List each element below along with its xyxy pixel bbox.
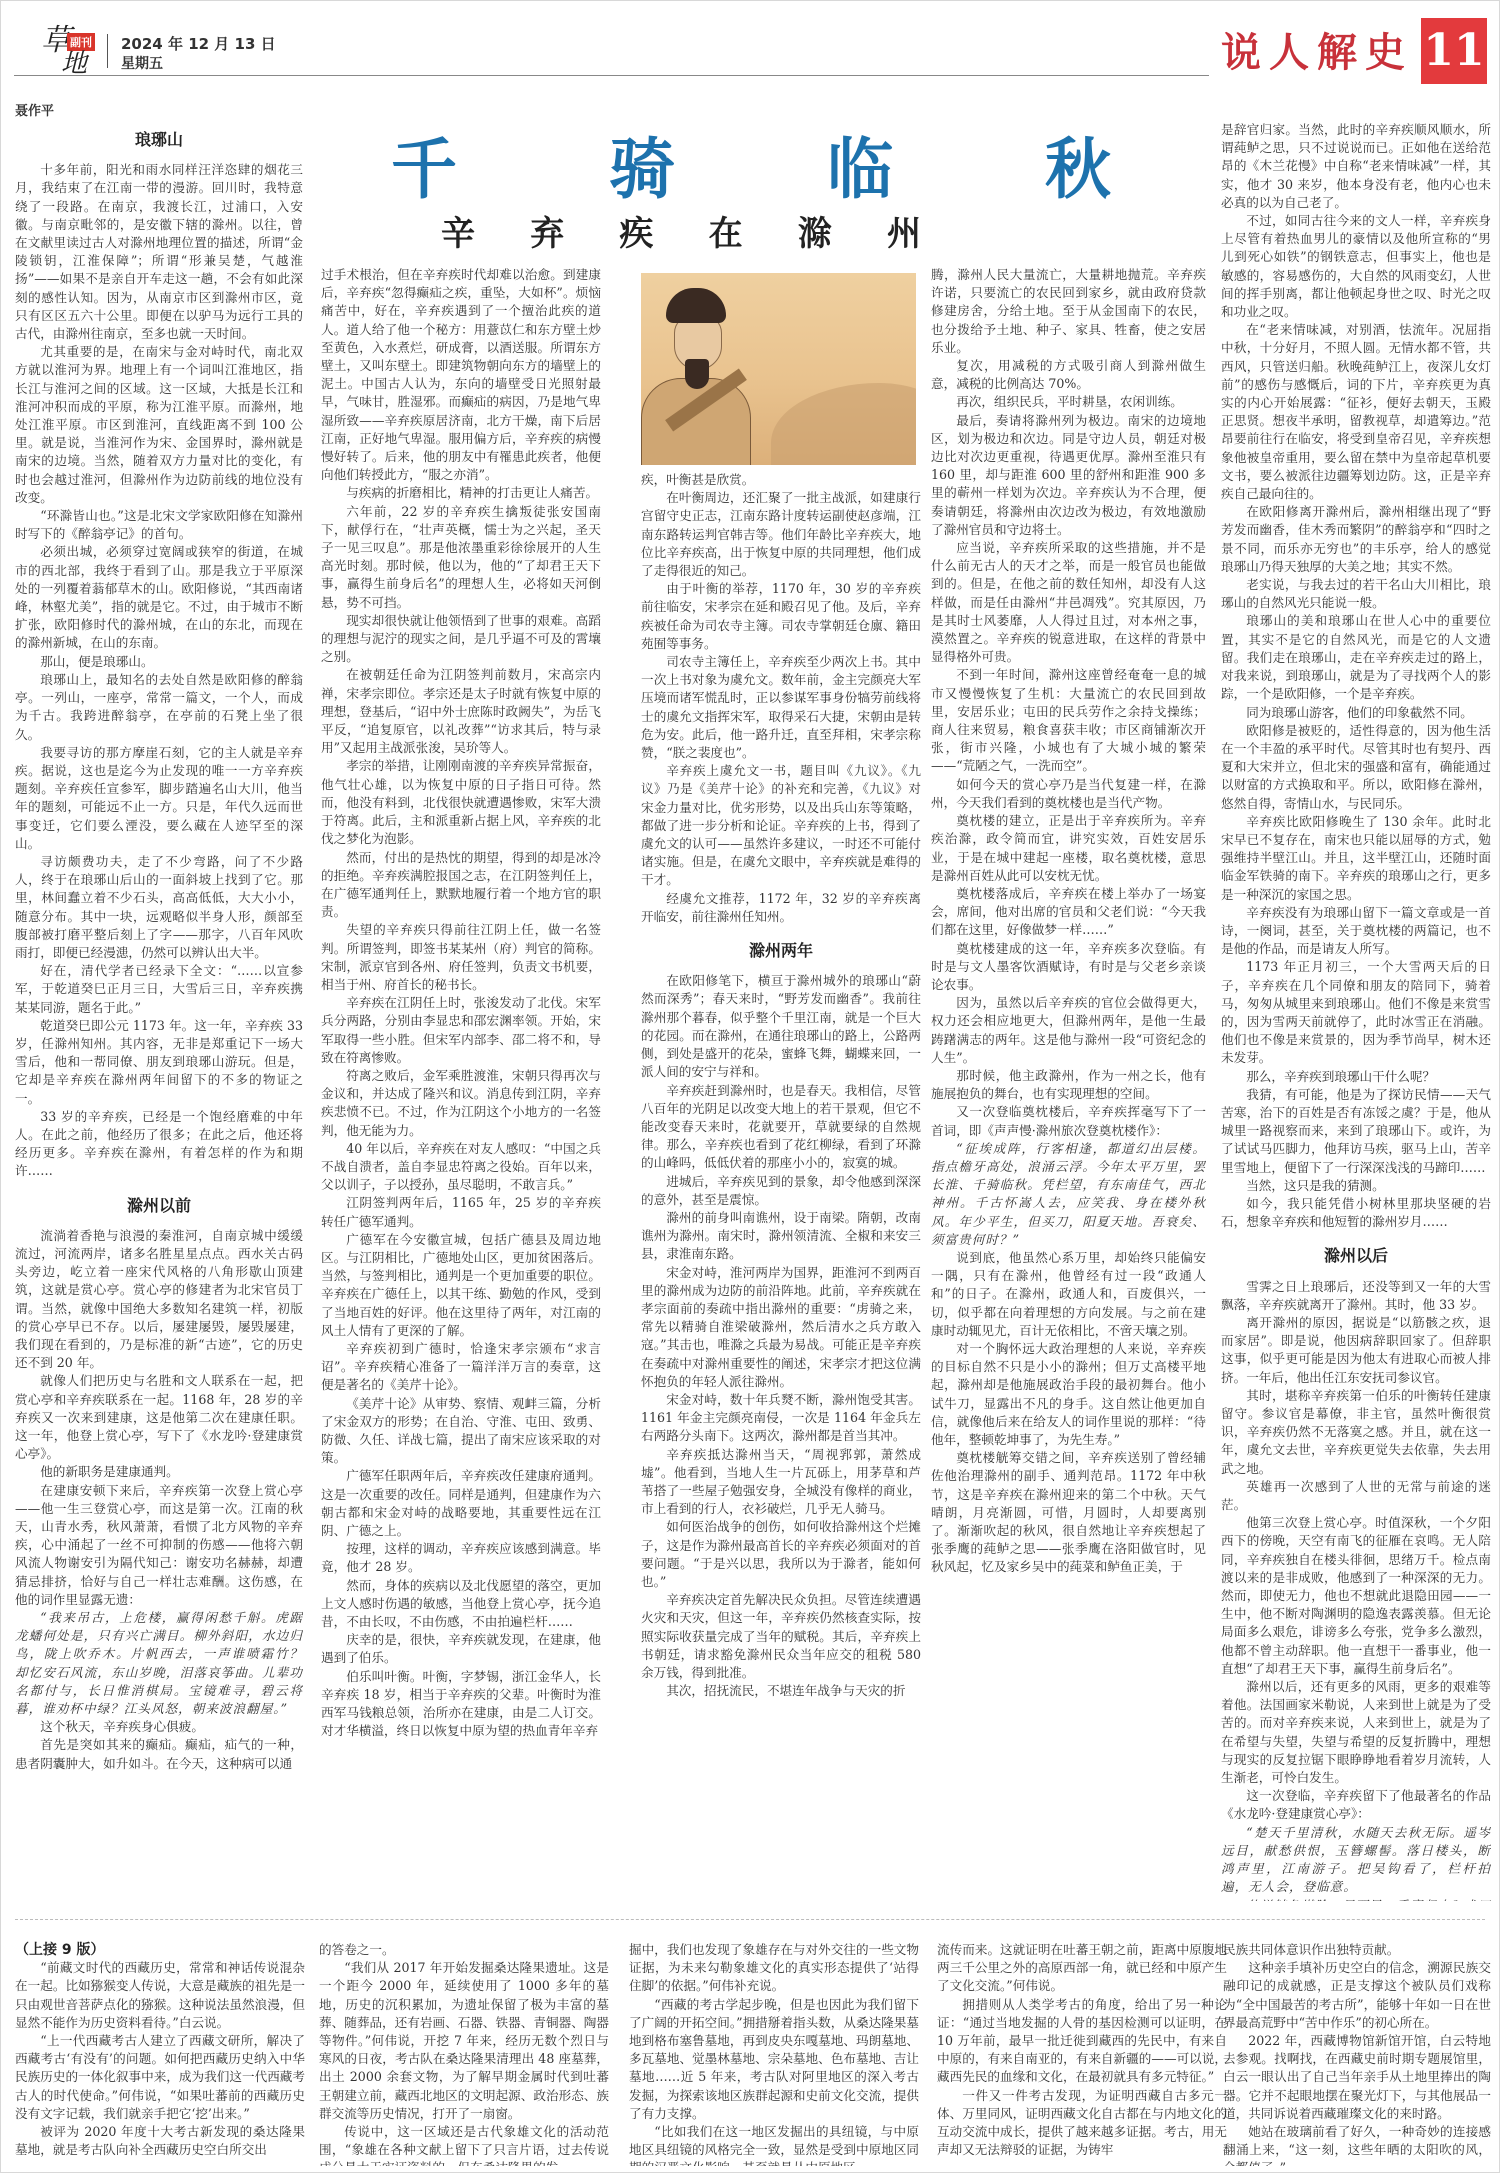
paragraph: 是辞官归家。当然，此时的辛弃疾顺风顺水，所谓莼鲈之思，只不过说说而已。正如他在送… — [1221, 121, 1491, 212]
paragraph: 在被朝廷任命为江阴签判前数月，宋高宗内禅，宋孝宗即位。孝宗还是太子时就有恢复中原… — [321, 666, 601, 757]
continued-article-column-5: 民族共同体意识作出独特贡献。 这种亲手填补历史空白的信念，溯源民族交融印记的成就… — [1223, 1941, 1491, 2166]
continued-article-column-2: 的答卷之一。 “我们从 2017 年开始发掘桑达隆果遗址。这是一个距今 2000… — [319, 1941, 609, 2166]
paragraph: 掘中，我们也发现了象雄存在与对外交往的一些文物证据，为未来勾勒象雄文化的真实形态… — [629, 1941, 919, 1996]
paragraph: 首先是突如其来的癫疝。癫疝，疝气的一种，患者阴囊肿大，如升如斗。在今天，这种病可… — [15, 1736, 303, 1772]
paragraph: “前藏文时代的西藏历史，常常和神话传说混杂在一起。比如猕猴变人传说，大意是藏族的… — [15, 1959, 305, 2032]
paragraph: 不到一年时间，滁州这座曾经奄奄一息的城市又慢慢恢复了生机：大量流亡的农民回到故里… — [931, 666, 1206, 775]
subheadline-char: 弃 — [530, 206, 564, 255]
paragraph: 司农寺主簿任上，辛弃疾至少两次上书。其中一次上书对象为虞允文。数年前，金主完颜亮… — [641, 653, 921, 762]
headline-char: 临 — [827, 116, 893, 211]
headline-char: 千 — [391, 116, 457, 211]
section-heading: 滁州两年 — [641, 942, 921, 960]
paragraph: 流淌着香艳与浪漫的秦淮河，自南京城中缓缓流过，河流两岸，诸多名胜星星点点。西水关… — [15, 1227, 303, 1373]
headline-char: 骑 — [609, 116, 675, 211]
paragraph: 那山，便是琅琊山。 — [15, 653, 303, 671]
poem-quote: 休说鲈鱼堪脍，尽西风，季鹰归未？求田问舍，怕应羞见，刘郎才气。可惜流年，忧愁风雨… — [1221, 1897, 1491, 1902]
paragraph: 同为琅琊山游客，他们的印象截然不同。 — [1221, 704, 1491, 722]
paragraph: 然而，付出的是热忱的期望，得到的却是冰冷的拒绝。辛弃疾满腔报国之志，在江阴签判任… — [321, 849, 601, 922]
paragraph: 再次，组织民兵，平时耕垦，农闲训练。 — [931, 393, 1206, 411]
paragraph: 那时候，他主政滁州，作为一州之长，他有施展抱负的舞台，也有实现理想的空间。 — [931, 1067, 1206, 1103]
paragraph: 我猜，有可能，他是为了探访民情——天气苦寒，治下的百姓是否有冻馁之虞？于是，他从… — [1221, 1086, 1491, 1177]
paragraph: 最后，奏请将滁州列为极边。南宋的边境地区，划为极边和次边。同是守边人员，朝廷对极… — [931, 412, 1206, 539]
article-column-4: 腾，滁州人民大量流亡，大量耕地抛荒。辛弃疾许诺，只要流亡的农民回到家乡，就由政府… — [931, 266, 1206, 1906]
paragraph: 尤其重要的是，在南宋与金对峙时代，南北双方就以淮河为界。地理上有一个词叫江淮地区… — [15, 343, 303, 507]
paragraph: 那么，辛弃疾到琅琊山干什么呢？ — [1221, 1068, 1491, 1086]
paragraph: 进城后，辛弃疾见到的景象，却令他感到深深的意外，甚至是震惊。 — [641, 1173, 921, 1209]
article-subheadline: 辛 弃 疾 在 滁 州 — [441, 206, 921, 255]
paragraph: “我们从 2017 年开始发掘桑达隆果遗址。这是一个距今 2000 年，延续使用… — [319, 1959, 609, 2123]
paragraph: 辛弃疾抵达滁州当天，“周视郛郭，萧然成墟”。他看到，当地人生一片瓦砾上，用茅草和… — [641, 1446, 921, 1519]
paragraph: 失望的辛弃疾只得前往江阴上任，做一名签判。所谓签判，即签书某某州（府）判官的简称… — [321, 921, 601, 994]
paragraph: “环滁皆山也。”这是北宋文学家欧阳修在知滁州时写下的《醉翁亭记》的首句。 — [15, 507, 303, 543]
article-headline: 千 骑 临 秋 — [391, 116, 1111, 211]
paragraph: “西藏的考古学起步晚，但是也因此为我们留下了广阔的开拓空间。”拥措掰着指头数，从… — [629, 1996, 919, 2123]
paragraph: 乾道癸巳即公元 1173 年。这一年，辛弃疾 33 岁，任滁州知州。其内容，无非… — [15, 1017, 303, 1108]
paragraph: 好在，清代学者已经录下全文：“……以宣参军，于乾道癸巳正月三日，大雪后三日，辛弃… — [15, 962, 303, 1017]
newspaper-logo: 草 副刊 地 — [39, 15, 99, 71]
paragraph: 然而，身体的疾病以及北伐愿望的落空，更加上文人感时伤遇的敏感，当他登上赏心亭，抚… — [321, 1577, 601, 1632]
paragraph: 他第三次登上赏心亭。时值深秋，一个夕阳西下的傍晚，天空有南飞的征雁在哀鸣。无人陪… — [1221, 1514, 1491, 1678]
paragraph: 这种亲手填补历史空白的信念，溯源民族交融印记的成就感，正是支撑这个被队员们戏称为… — [1223, 1959, 1491, 2032]
paragraph: 辛弃疾决定首先解决民众负担。尽管连续遭遇火灾和天灾，但这一年，辛弃疾仍然核查实际… — [641, 1591, 921, 1682]
paragraph: 腾，滁州人民大量流亡，大量耕地抛荒。辛弃疾许诺，只要流亡的农民回到家乡，就由政府… — [931, 266, 1206, 357]
paragraph: 40 年以后，辛弃疾在对友人感叹：“中国之兵不战自溃者，盖自李显忠符离之役始。百… — [321, 1140, 601, 1195]
section-title: 说人解史 — [1221, 21, 1413, 78]
paragraph: 辛弃疾在江阴任上时，张浚发动了北伐。宋军兵分两路，分别由李显忠和邵宏渊率领。开始… — [321, 994, 601, 1067]
paragraph: 宋金对峙，数十年兵燹不断，滁州饱受其害。1161 年金主完颜亮南侵，一次是 11… — [641, 1391, 921, 1446]
paragraph: 疾，叶衡甚是欣赏。 — [641, 471, 921, 489]
paragraph: 在欧阳修离开滁州后，滁州相继出现了“野芳发而幽香，佳木秀而繁阴”的醉翁亭和“四时… — [1221, 503, 1491, 576]
paragraph: 广德军在今安徽宣城，包括广德县及周边地区。与江阴相比，广德地处山区，更加贫困落后… — [321, 1231, 601, 1340]
portrait-hat — [666, 288, 726, 323]
paragraph: 被评为 2020 年度十大考古新发现的桑达隆果墓地，就是考古队向补全西藏历史空白… — [15, 2123, 305, 2159]
paragraph: 辛弃疾比欧阳修晚生了 130 余年。此时北宋早已不复存在，南宋也只能以屈辱的方式… — [1221, 813, 1491, 904]
paragraph: 欧阳修是被贬的，适性得意的，因为他生活在一个丰盈的承平时代。尽管其时也有契丹、西… — [1221, 722, 1491, 813]
paragraph: 他的新职务是建康通判。 — [15, 1463, 303, 1481]
paragraph: 在“老来情味减，对别酒，怯流年。况屈指中秋，十分好月，不照人圆。无情水都不管，共… — [1221, 321, 1491, 503]
section-heading: 滁州以前 — [15, 1197, 303, 1215]
issue-date: 2024 年 12 月 13 日 — [121, 33, 276, 54]
paragraph: 一件又一件考古发现，为证明西藏自古多元一体、万里同风，证明西藏文化自古都在与内地… — [937, 2087, 1227, 2160]
paragraph: 33 岁的辛弃疾，已经是一个饱经磨难的中年人。在此之前，他经历了很多；在此之后，… — [15, 1108, 303, 1181]
paragraph: “上一代西藏考古人建立了西藏文研所，解决了西藏考古‘有没有’的问题。如何把西藏历… — [15, 2032, 305, 2123]
paragraph: 奠枕楼觥筹交错之间，辛弃疾送别了曾经辅佐他治理滁州的副手、通判范昂。1172 年… — [931, 1449, 1206, 1576]
paragraph: 过手术根治，但在辛弃疾时代却难以治愈。到建康后，辛弃疾“忽得癫疝之疾，重坠，大如… — [321, 266, 601, 484]
poem-quote: “楚天千里清秋，水随天去秋无际。遥岑远目，献愁供恨，玉簪螺髻。落日楼头，断鸿声里… — [1221, 1824, 1491, 1897]
author-byline: 聂作平 — [15, 100, 54, 119]
paragraph: 当然，这只是我的猜测。 — [1221, 1177, 1491, 1195]
paragraph: 对一个胸怀远大政治理想的人来说，辛弃疾的目标自然不只是小小的滁州；但万丈高楼平地… — [931, 1340, 1206, 1449]
paragraph: 如何今天的赏心亭乃是当代复建一样，在滁州，今天我们看到的奠枕楼也是当代产物。 — [931, 776, 1206, 812]
paragraph: 在叶衡周边，还汇聚了一批主战派，如建康行宫留守史正志，江南东路计度转运副使赵彦端… — [641, 489, 921, 580]
newspaper-page: 草 副刊 地 2024 年 12 月 13 日 星期五 说人解史 11 聂作平 … — [0, 0, 1500, 2173]
paragraph: 因为，虽然以后辛弃疾的官位会做得更大，权力还会相应地更大，但滁州两年，是他一生最… — [931, 994, 1206, 1067]
paragraph: “比如我们在这一地区发掘出的具纽镜，与中原地区具纽镜的风格完全一致，显然是受到中… — [629, 2123, 919, 2166]
paragraph: 经虞允文推荐，1172 年，32 岁的辛弃疾离开临安，前往滁州任知州。 — [641, 890, 921, 926]
article-column-1: 琅琊山 十多年前，阳光和雨水同样汪洋恣肆的烟花三月，我结束了在江南一带的漫游。回… — [15, 131, 303, 1901]
paragraph: 雪霁之日上琅琊后，还没等到又一年的大雪飘落，辛弃疾就离开了滁州。其时，他 33 … — [1221, 1278, 1491, 1314]
paragraph: 流传而来。这就证明在吐蕃王朝之前，距离中原腹地两三千公里之外的高原西部一角，就已… — [937, 1941, 1227, 1996]
continued-article-column-4: 流传而来。这就证明在吐蕃王朝之前，距离中原腹地两三千公里之外的高原西部一角，就已… — [937, 1941, 1227, 2166]
paragraph: 伯乐叫叶衡。叶衡，字梦锡，浙江金华人，长辛弃疾 18 岁，相当于辛弃疾的父辈。叶… — [321, 1668, 601, 1741]
paragraph: 辛弃疾赶到滁州时，也是春天。我相信，尽管八百年的光阴足以改变大地上的若干景观，但… — [641, 1082, 921, 1173]
page-number-badge: 11 — [1421, 18, 1487, 84]
paragraph: 应当说，辛弃疾所采取的这些措施，并不是什么前无古人的天才之举，而是一般官员也能做… — [931, 539, 1206, 666]
paragraph: 江阴签判两年后，1165 年，25 岁的辛弃疾转任广德军通判。 — [321, 1194, 601, 1230]
paragraph: 宋金对峙，淮河两岸为国界，距淮河不到两百里的滁州成为边防的前沿阵地。此前，辛弃疾… — [641, 1264, 921, 1391]
paragraph: 奠枕楼落成后，辛弃疾在楼上举办了一场宴会，席间，他对出席的官员和父老们说：“今天… — [931, 885, 1206, 940]
continued-article-column-3: 掘中，我们也发现了象雄存在与对外交往的一些文物证据，为未来勾勒象雄文化的真实形态… — [629, 1941, 919, 2166]
paragraph: 1173 年正月初三，一个大雪两天后的日子，辛弃疾在几个同僚和朋友的陪同下，骑着… — [1221, 958, 1491, 1067]
paragraph: 传说中，这一区域还是古代象雄文化的活动范围，“象雄在各种文献上留下了只言片语，过… — [319, 2123, 609, 2166]
paragraph: 庆幸的是，很快，辛弃疾就发现，在建康，他遇到了伯乐。 — [321, 1631, 601, 1667]
mountain-illustration — [771, 383, 916, 465]
issue-weekday: 星期五 — [121, 53, 163, 73]
subheadline-char: 辛 — [441, 206, 475, 255]
paragraph: 她站在玻璃前看了好久，一种奇妙的连接感翻涌上来，“这一刻，这些年晒的太阳吹的风，… — [1223, 2123, 1491, 2166]
paragraph: 民族共同体意识作出独特贡献。 — [1223, 1941, 1491, 1959]
paragraph: 这一次登临，辛弃疾留下了他最著名的作品《水龙吟·登建康赏心亭》： — [1221, 1787, 1491, 1823]
paragraph: 辛弃疾上虞允文一书，题目叫《九议》。《九议》乃是《美芹十论》的补充和完善，《九议… — [641, 762, 921, 889]
paragraph: 滁州以后，还有更多的风雨，更多的艰难等着他。法国画家米勒说，人来到世上就是为了受… — [1221, 1678, 1491, 1787]
masthead: 草 副刊 地 2024 年 12 月 13 日 星期五 说人解史 11 — [1, 1, 1500, 81]
paragraph: 琅琊山的美和琅琊山在世人心中的重要位置，其实不是它的自然风光，而是它的人文遗留。… — [1221, 612, 1491, 703]
paragraph: 复次，用减税的方式吸引商人到滁州做生意，减税的比例高达 70%。 — [931, 357, 1206, 393]
continued-from-label: （上接 9 版） — [15, 1941, 305, 1959]
paragraph: 就像人们把历史与名胜和文人联系在一起，把赏心亭和辛弃疾联系在一起。1168 年，… — [15, 1372, 303, 1463]
paragraph: 与疾病的折磨相比，精神的打击更让人痛苦。 — [321, 484, 601, 502]
paragraph: 必须出城，必须穿过宽阔或狭窄的街道，在城市的西北部，我终于看到了山。那是我立于平… — [15, 543, 303, 652]
paragraph: 辛弃疾初到广德时，恰逢宋孝宗颁布“求言诏”。辛弃疾精心准备了一篇洋洋万言的奏章，… — [321, 1340, 601, 1395]
paragraph: 其时，堪称辛弃疾第一伯乐的叶衡转任建康留守。参议官是幕僚，非主官，虽然叶衡很赏识… — [1221, 1387, 1491, 1478]
poem-quote: “征埃成阵，行客相逢，都道幻出层楼。指点檐牙高处，浪涌云浮。今年太平万里，罢长淮… — [931, 1140, 1206, 1249]
paragraph: 又一次登临奠枕楼后，辛弃疾挥毫写下了一首词，即《声声慢·滁州旅次登奠枕楼作》： — [931, 1103, 1206, 1139]
headline-char: 秋 — [1045, 116, 1111, 211]
paragraph: 在建康安顿下来后，辛弃疾第一次登上赏心亭——他一生三登赏心亭，而这是第一次。江南… — [15, 1482, 303, 1609]
paragraph: 孝宗的举措，让刚刚南渡的辛弃疾异常振奋，他气壮心雄，以为恢复中原的日子指日可待。… — [321, 757, 601, 848]
paragraph: 老实说，与我去过的若干名山大川相比，琅琊山的自然风光只能说一般。 — [1221, 576, 1491, 612]
paragraph: 不过，如同古往今来的文人一样，辛弃疾身上尽管有着热血男儿的豪情以及他所宣称的“男… — [1221, 212, 1491, 321]
paragraph: 如今，我只能凭借小树林里那块坚硬的岩石，想象辛弃疾和他短暂的滁州岁月…… — [1221, 1195, 1491, 1231]
paragraph: 《美芹十论》从审势、察情、观衅三篇，分析了宋金双方的形势；在自治、守淮、屯田、致… — [321, 1395, 601, 1468]
paragraph: 这个秋天，辛弃疾身心俱疲。 — [15, 1718, 303, 1736]
article-column-3: 疾，叶衡甚是欣赏。 在叶衡周边，还汇聚了一批主战派，如建康行宫留守史正志，江南东… — [641, 471, 921, 1906]
paragraph: 奠枕楼的建立，正是出于辛弃疾所为。辛弃疾治滁，政令简而宜，讲究实效，百姓安居乐业… — [931, 812, 1206, 885]
paragraph: 寻访颇费功夫，走了不少弯路，问了不少路人，终于在琅琊山后山的一面斜坡上找到了它。… — [15, 853, 303, 962]
section-divider — [15, 1919, 1485, 1920]
subheadline-char: 滁 — [798, 206, 832, 255]
article-column-2: 过手术根治，但在辛弃疾时代却难以治愈。到建康后，辛弃疾“忽得癫疝之疾，重坠，大如… — [321, 266, 601, 1906]
subheadline-char: 疾 — [619, 206, 653, 255]
paragraph: 其次，招抚流民，不堪连年战争与天灾的折 — [641, 1682, 921, 1700]
paragraph: 六年前，22 岁的辛弃疾生擒叛徒张安国南下，献俘行在，“壮声英概，懦士为之兴起，… — [321, 503, 601, 612]
paragraph: 奠枕楼建成的这一年，辛弃疾多次登临。有时是与文人墨客饮酒赋诗，有时是与父老乡亲谈… — [931, 940, 1206, 995]
paragraph: 如何医治战争的创伤，如何收拾滁州这个烂摊子，这是作为滁州最高首长的辛弃疾必须面对… — [641, 1518, 921, 1591]
paragraph: 英雄再一次感到了人世的无常与前途的迷茫。 — [1221, 1478, 1491, 1514]
paragraph: 按理，这样的调动，辛弃疾应该感到满意。毕竟，他才 28 岁。 — [321, 1540, 601, 1576]
subheadline-char: 州 — [887, 206, 921, 255]
paragraph: 广德军任职两年后，辛弃疾改任建康府通判。这是一次重要的改任。同样是通判，但建康作… — [321, 1467, 601, 1540]
paragraph: 滁州的前身叫南谯州，设于南梁。隋朝，改南谯州为滁州。南宋时，滁州领清流、全椒和来… — [641, 1209, 921, 1264]
portrait-beard — [685, 359, 709, 389]
article-column-5: 是辞官归家。当然，此时的辛弃疾顺风顺水，所谓莼鲈之思，只不过说说而已。正如他在送… — [1221, 121, 1491, 1901]
portrait-robe — [641, 378, 751, 465]
paragraph: 说到底，他虽然心系万里，却始终只能偏安一隅，只有在滁州，他曾经有过一段“政通人和… — [931, 1249, 1206, 1340]
continued-article-column-1: （上接 9 版） “前藏文时代的西藏历史，常常和神话传说混杂在一起。比如猕猴变人… — [15, 1941, 305, 2166]
section-heading: 琅琊山 — [15, 131, 303, 149]
paragraph: 符离之败后，金军乘胜渡淮，宋朝只得再次与金议和，并达成了隆兴和议。消息传到江阴，… — [321, 1067, 601, 1140]
paragraph: 琅琊山上，最知名的去处自然是欧阳修的醉翁亭。一列山，一座亭，常常一篇文，一个人，… — [15, 671, 303, 744]
paragraph: 由于叶衡的举荐，1170 年，30 岁的辛弃疾前往临安，宋孝宗在延和殿召见了他。… — [641, 580, 921, 653]
paragraph: 拥措则从人类学考古的角度，给出了另一种论证：“通过当地发掘的人骨的基因检测可以证… — [937, 1996, 1227, 2087]
masthead-divider — [107, 34, 108, 68]
paragraph: 我要寻访的那方摩崖石刻，它的主人就是辛弃疾。据说，这也是迄今为止发现的唯一一方辛… — [15, 744, 303, 853]
poem-quote: “我来吊古，上危楼，赢得闲愁千斛。虎踞龙蟠何处是，只有兴亡满目。柳外斜阳，水边归… — [15, 1609, 303, 1718]
paragraph: 现实却很快就让他领悟到了世事的艰难。高蹈的理想与泥泞的现实之间，是几乎逼不可及的… — [321, 612, 601, 667]
paragraph: 离开滁州的原因，据说是“以筋骸之疚，退而家居”。即是说，他因病辞职回家了。但辞职… — [1221, 1314, 1491, 1387]
paragraph: 辛弃疾没有为琅琊山留下一篇文章或是一首诗，一阕词，甚至，关于奠枕楼的两篇记，也不… — [1221, 904, 1491, 959]
subheadline-char: 在 — [709, 206, 743, 255]
paragraph: 的答卷之一。 — [319, 1941, 609, 1959]
xin-qiji-portrait-image — [641, 273, 916, 465]
paragraph: 在欧阳修笔下，横亘于滁州城外的琅琊山“蔚然而深秀”；春天来时，“野芳发而幽香”。… — [641, 972, 921, 1081]
paragraph: 十多年前，阳光和雨水同样汪洋恣肆的烟花三月，我结束了在江南一带的漫游。回川时，我… — [15, 161, 303, 343]
paragraph: 2022 年，西藏博物馆新馆开馆，白云特地去参观。找啊找，在西藏史前时期专题展馆… — [1223, 2032, 1491, 2123]
section-heading: 滁州以后 — [1221, 1247, 1491, 1265]
masthead-rule — [14, 75, 1209, 76]
